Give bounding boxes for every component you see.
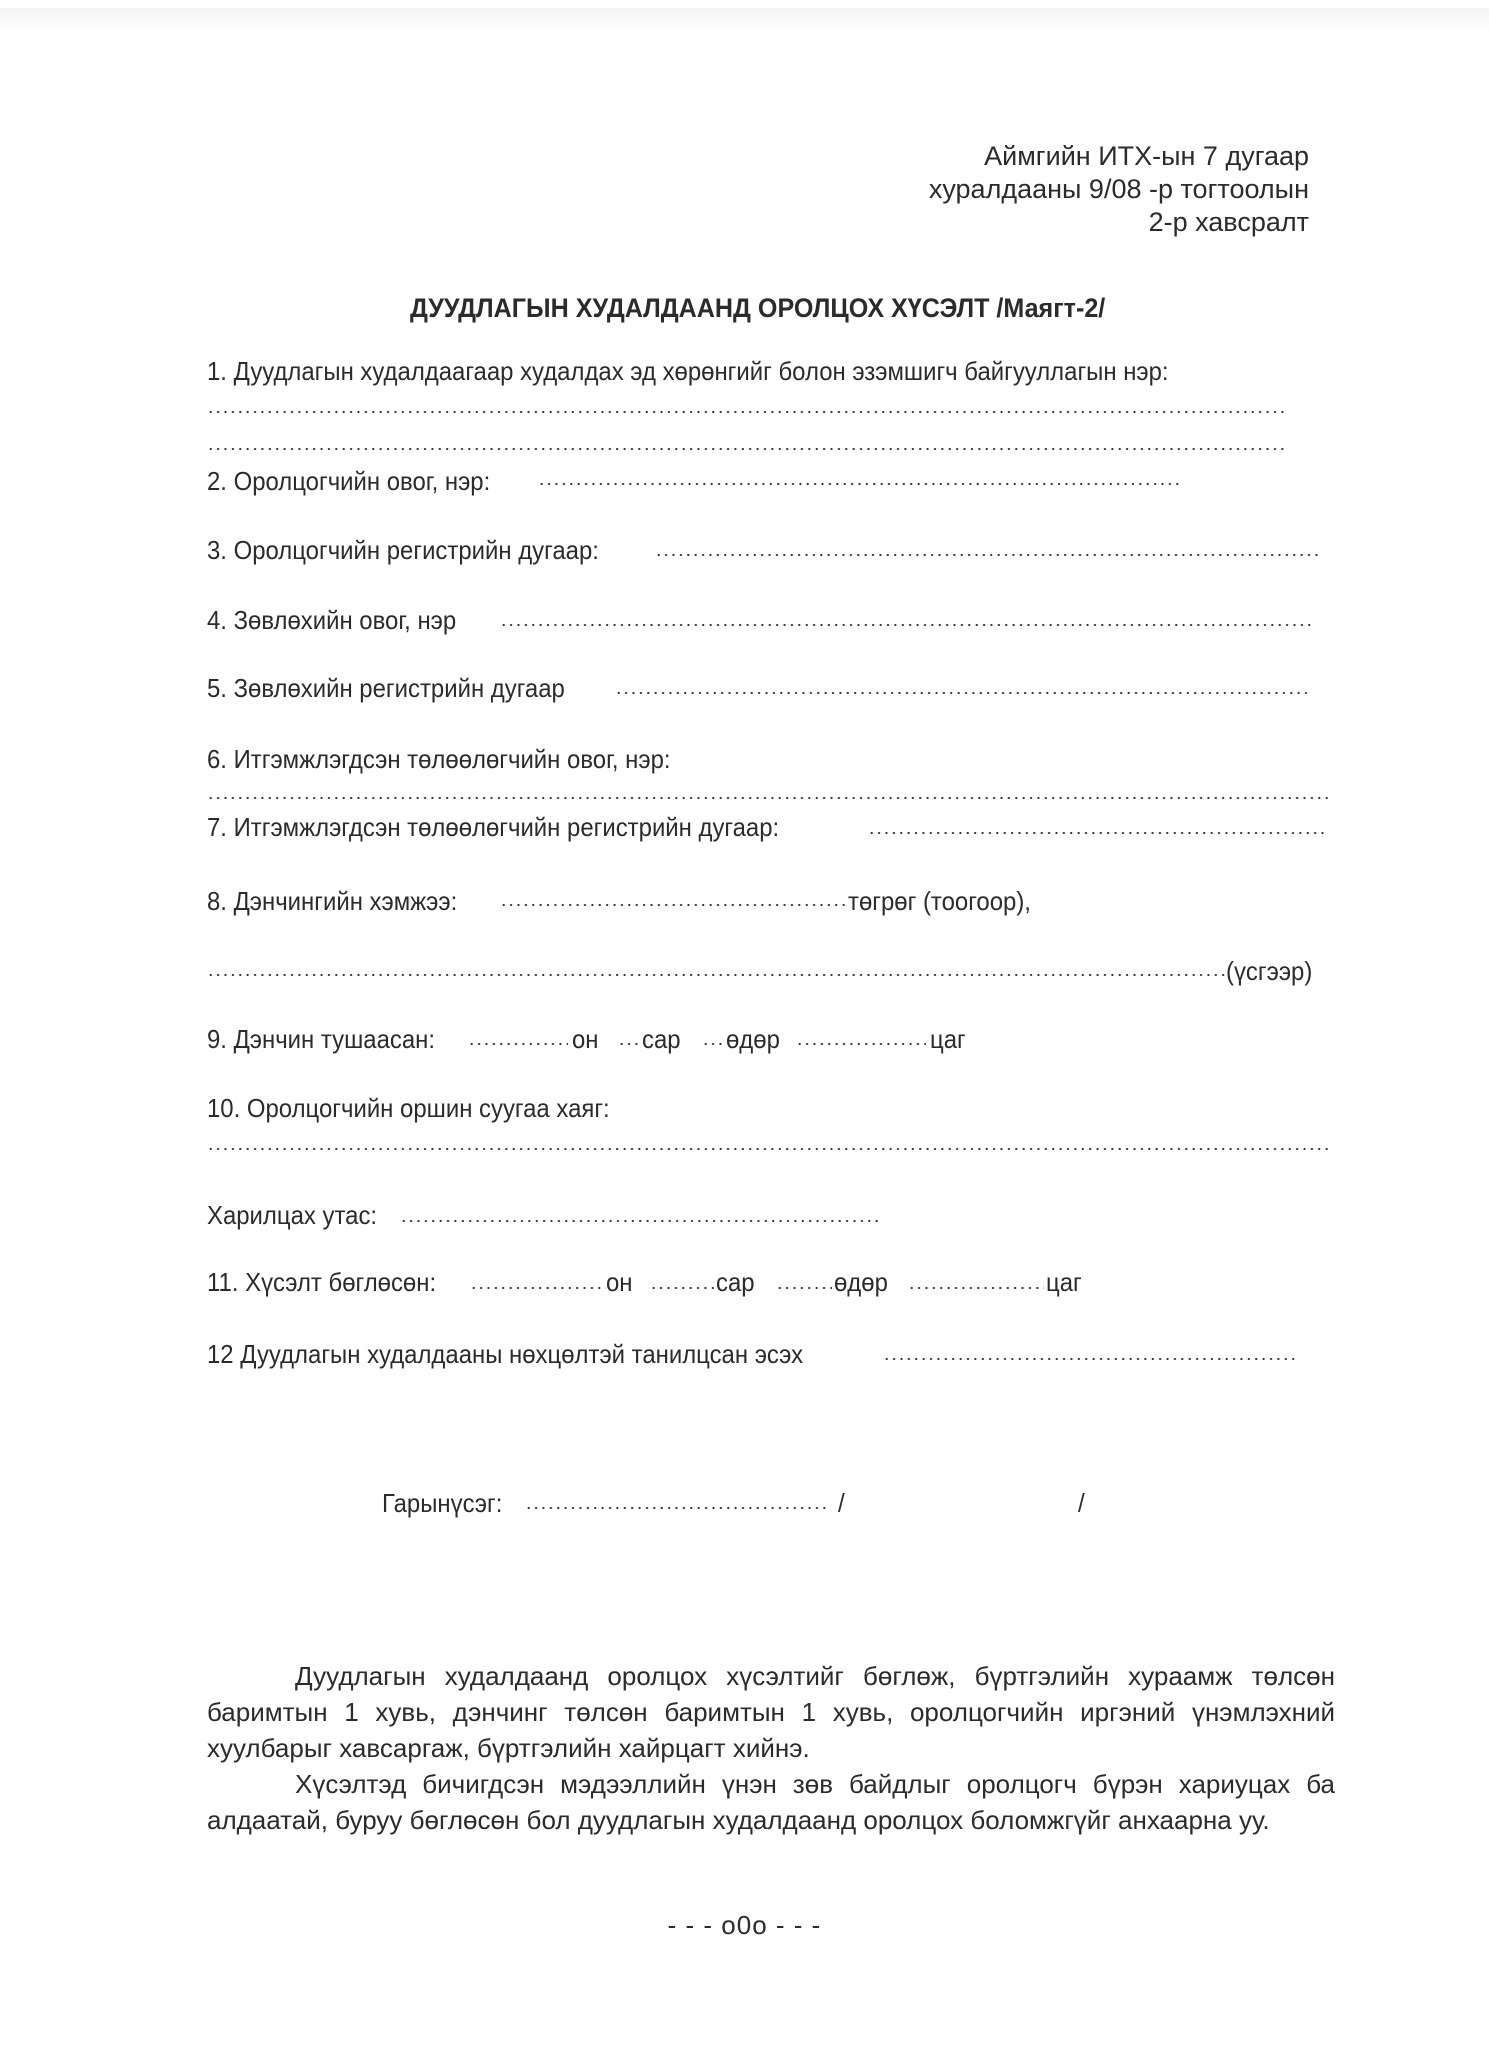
- annex-line: хуралдааны 9/08 -р тогтоолын: [929, 173, 1309, 206]
- field-11-hour-unit: цаг: [1046, 1267, 1082, 1298]
- signature-label: Гарынүсэг:: [382, 1488, 502, 1519]
- phone-blank[interactable]: [400, 1219, 878, 1223]
- field-4-blank[interactable]: [500, 623, 1312, 627]
- field-11-hour-blank[interactable]: [908, 1286, 1044, 1290]
- phone-label: Харилцах утас:: [207, 1200, 377, 1231]
- signature-blank[interactable]: [525, 1506, 830, 1510]
- field-9-hour-unit: цаг: [930, 1024, 966, 1055]
- annex-line: Аймгийн ИТХ-ын 7 дугаар: [929, 140, 1309, 173]
- field-8-amount-numeric-blank[interactable]: [500, 903, 845, 907]
- annex-reference: Аймгийн ИТХ-ын 7 дугаар хуралдааны 9/08 …: [929, 140, 1309, 239]
- field-11-year-blank[interactable]: [470, 1286, 606, 1290]
- field-5-label: 5. Зөвлөхийн регистрийн дугаар: [207, 673, 565, 704]
- field-6-label: 6. Итгэмжлэгдсэн төлөөлөгчийн овог, нэр:: [207, 744, 671, 775]
- field-8-amount-words-blank[interactable]: [207, 973, 1227, 977]
- field-8-words-suffix: (үсгээр): [1226, 956, 1312, 987]
- field-8-label: 8. Дэнчингийн хэмжээ:: [207, 886, 457, 917]
- field-2-label: 2. Оролцогчийн овог, нэр:: [207, 466, 490, 497]
- instruction-paragraph-1: Дуудлагын худалдаанд оролцох хүсэлтийг б…: [207, 1658, 1335, 1766]
- field-11-label: 11. Хүсэлт бөглөсөн:: [207, 1267, 436, 1298]
- field-1-blank-line-1[interactable]: [207, 410, 1287, 414]
- field-9-label: 9. Дэнчин тушаасан:: [207, 1024, 435, 1055]
- field-9-year-blank[interactable]: [468, 1042, 568, 1046]
- field-12-label: 12 Дуудлагын худалдааны нөхцөлтэй танилц…: [207, 1339, 803, 1370]
- field-9-month-blank[interactable]: [618, 1042, 640, 1046]
- field-11-month-unit: сар: [716, 1267, 755, 1298]
- field-9-day-unit: өдөр: [726, 1024, 780, 1055]
- field-3-label: 3. Оролцогчийн регистрийн дугаар:: [207, 535, 599, 566]
- field-7-blank[interactable]: [868, 831, 1328, 835]
- instruction-paragraph-2: Хүсэлтэд бичигдсэн мэдээллийн үнэн зөв б…: [207, 1766, 1335, 1838]
- field-4-label: 4. Зөвлөхийн овог, нэр: [207, 605, 456, 636]
- field-9-day-blank[interactable]: [702, 1042, 724, 1046]
- field-3-blank[interactable]: [655, 553, 1320, 557]
- field-10-blank[interactable]: [207, 1147, 1332, 1151]
- field-7-label: 7. Итгэмжлэгдсэн төлөөлөгчийн регистрийн…: [207, 812, 779, 843]
- field-1-label: 1. Дуудлагын худалдаагаар худалдах эд хө…: [207, 356, 1169, 387]
- field-11-day-unit: өдөр: [834, 1267, 888, 1298]
- field-11-day-blank[interactable]: [776, 1286, 832, 1290]
- field-8-suffix: төгрөг (тоогоор),: [848, 886, 1031, 917]
- field-10-label: 10. Оролцогчийн оршин суугаа хаяг:: [207, 1093, 610, 1124]
- annex-line: 2-р хавсралт: [929, 206, 1309, 239]
- field-5-blank[interactable]: [615, 691, 1312, 695]
- field-12-blank[interactable]: [883, 1357, 1295, 1361]
- field-2-blank[interactable]: [538, 482, 1183, 486]
- end-mark: - - - o0o - - -: [0, 1910, 1489, 1941]
- field-6-blank[interactable]: [207, 796, 1332, 800]
- field-9-hour-blank[interactable]: [796, 1042, 926, 1046]
- field-9-year-unit: он: [572, 1024, 599, 1055]
- instruction-text-1: Дуудлагын худалдаанд оролцох хүсэлтийг б…: [207, 1661, 1335, 1763]
- form-title: ДУУДЛАГЫН ХУДАЛДААНД ОРОЛЦОХ ХҮСЭЛТ /Мая…: [410, 293, 1105, 324]
- field-1-blank-line-2[interactable]: [207, 447, 1287, 451]
- instruction-text-2: Хүсэлтэд бичигдсэн мэдээллийн үнэн зөв б…: [207, 1769, 1335, 1835]
- signature-slash-open: /: [838, 1488, 845, 1519]
- field-11-month-blank[interactable]: [650, 1286, 714, 1290]
- field-9-month-unit: сар: [642, 1024, 681, 1055]
- field-11-year-unit: он: [606, 1267, 633, 1298]
- document-page: Аймгийн ИТХ-ын 7 дугаар хуралдааны 9/08 …: [0, 0, 1489, 2048]
- signature-slash-close: /: [1078, 1488, 1085, 1519]
